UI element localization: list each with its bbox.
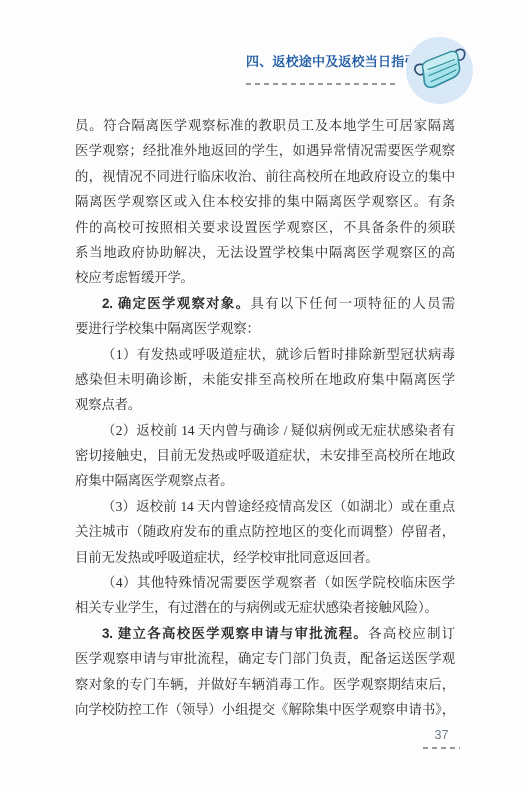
text-line: （1）有发热或呼吸道症状，就诊后暂时排除新型冠状病毒 xyxy=(75,342,455,367)
text-run: 目前无发热或呼吸道症状，经学校审批同意返回者。 xyxy=(75,550,378,565)
text-run: 的，视情况不同进行临床收治、前往高校所在地政府设立的集中 xyxy=(75,169,455,184)
text-run: 相关专业学生，有过潜在的与病例或无症状感染者接触风险）。 xyxy=(75,600,438,615)
text-line: 2. 确定医学观察对象。具有以下任何一项特征的人员需 xyxy=(75,291,455,316)
text-run: 密切接触史，目前无发热或呼吸道症状，未安排至高校所在地政 xyxy=(75,448,455,463)
text-line: 医学观察申请与审批流程，确定专门部门负责，配备运送医学观 xyxy=(75,646,455,671)
text-run: 向学校防控工作（领导）小组提交《解除集中医学观察申请书》， xyxy=(75,702,455,717)
bold-run: 3. 建立各高校医学观察申请与审批流程。 xyxy=(102,626,368,641)
text-line: 的，视情况不同进行临床收治、前往高校所在地政府设立的集中 xyxy=(75,164,455,189)
text-run: 各高校应制订 xyxy=(368,626,455,641)
text-line: 校应考虑暂缓开学。 xyxy=(75,265,455,290)
text-run: 医学观察申请与审批流程，确定专门部门负责，配备运送医学观 xyxy=(75,651,455,666)
text-run: （2）返校前 14 天内曾与确诊 / 疑似病例或无症状感染者有 xyxy=(102,423,455,438)
text-line: 向学校防控工作（领导）小组提交《解除集中医学观察申请书》， xyxy=(75,697,455,722)
text-line: （3）返校前 14 天内曾途经疫情高发区（如湖北）或在重点 xyxy=(75,494,455,519)
text-run: 件的高校可按照相关要求设置医学观察区，不具备条件的须联 xyxy=(75,220,455,235)
mask-badge xyxy=(406,37,473,104)
text-line: （2）返校前 14 天内曾与确诊 / 疑似病例或无症状感染者有 xyxy=(75,418,455,443)
text-run: 校应考虑暂缓开学。 xyxy=(75,270,194,285)
page-number: 37 xyxy=(423,728,460,742)
text-line: 府集中隔离医学观察点者。 xyxy=(75,468,455,493)
text-line: 系当地政府协助解决，无法设置学校集中隔离医学观察区的高 xyxy=(75,240,455,265)
text-run: （4）其他特殊情况需要医学观察者（如医学院校临床医学 xyxy=(102,575,455,590)
text-run: 察对象的专门车辆，并做好车辆消毒工作。医学观察期结束后， xyxy=(75,677,455,692)
text-run: 关注城市（随政府发布的重点防控地区的变化而调整）停留者， xyxy=(75,524,455,539)
text-run: 隔离医学观察区或入住本校安排的集中隔离医学观察区。有条 xyxy=(75,194,455,209)
text-line: 察对象的专门车辆，并做好车辆消毒工作。医学观察期结束后， xyxy=(75,672,455,697)
face-mask-icon xyxy=(406,37,473,104)
footer-dashed-line xyxy=(423,747,460,749)
text-run: 系当地政府协助解决，无法设置学校集中隔离医学观察区的高 xyxy=(75,245,455,260)
section-title: 四、返校途中及返校当日指引 xyxy=(246,51,416,70)
text-run: 医学观察；经批准外地返回的学生，如遇异常情况需要医学观察 xyxy=(75,143,455,158)
text-run: 要进行学校集中隔离医学观察： xyxy=(75,321,260,336)
text-run: （1）有发热或呼吸道症状，就诊后暂时排除新型冠状病毒 xyxy=(102,347,455,362)
document-page: 四、返校途中及返校当日指引 员。符合隔离医学观察标准的教职员工及本地学生可居家隔… xyxy=(0,0,528,793)
text-line: 要进行学校集中隔离医学观察： xyxy=(75,316,455,341)
text-line: 密切接触史，目前无发热或呼吸道症状，未安排至高校所在地政 xyxy=(75,443,455,468)
text-line: 观察点者。 xyxy=(75,392,455,417)
text-run: 府集中隔离医学观察点者。 xyxy=(75,473,233,488)
text-run: 感染但未明确诊断，未能安排至高校所在地政府集中隔离医学 xyxy=(75,372,455,387)
text-line: 目前无发热或呼吸道症状，经学校审批同意返回者。 xyxy=(75,545,455,570)
text-line: 感染但未明确诊断，未能安排至高校所在地政府集中隔离医学 xyxy=(75,367,455,392)
text-line: 关注城市（随政府发布的重点防控地区的变化而调整）停留者， xyxy=(75,519,455,544)
text-line: 员。符合隔离医学观察标准的教职员工及本地学生可居家隔离 xyxy=(75,113,455,138)
text-run: 观察点者。 xyxy=(75,397,141,412)
text-line: 相关专业学生，有过潜在的与病例或无症状感染者接触风险）。 xyxy=(75,595,455,620)
body-text: 员。符合隔离医学观察标准的教职员工及本地学生可居家隔离医学观察；经批准外地返回的… xyxy=(75,113,455,722)
bold-run: 2. 确定医学观察对象。 xyxy=(102,296,250,311)
header-dashed-underline xyxy=(246,83,399,85)
text-line: 3. 建立各高校医学观察申请与审批流程。各高校应制订 xyxy=(75,621,455,646)
text-run: 员。符合隔离医学观察标准的教职员工及本地学生可居家隔离 xyxy=(75,118,455,133)
text-line: 医学观察；经批准外地返回的学生，如遇异常情况需要医学观察 xyxy=(75,138,455,163)
text-line: （4）其他特殊情况需要医学观察者（如医学院校临床医学 xyxy=(75,570,455,595)
text-line: 隔离医学观察区或入住本校安排的集中隔离医学观察区。有条 xyxy=(75,189,455,214)
text-line: 件的高校可按照相关要求设置医学观察区，不具备条件的须联 xyxy=(75,215,455,240)
text-run: 具有以下任何一项特征的人员需 xyxy=(250,296,455,311)
text-run: （3）返校前 14 天内曾途经疫情高发区（如湖北）或在重点 xyxy=(102,499,455,514)
